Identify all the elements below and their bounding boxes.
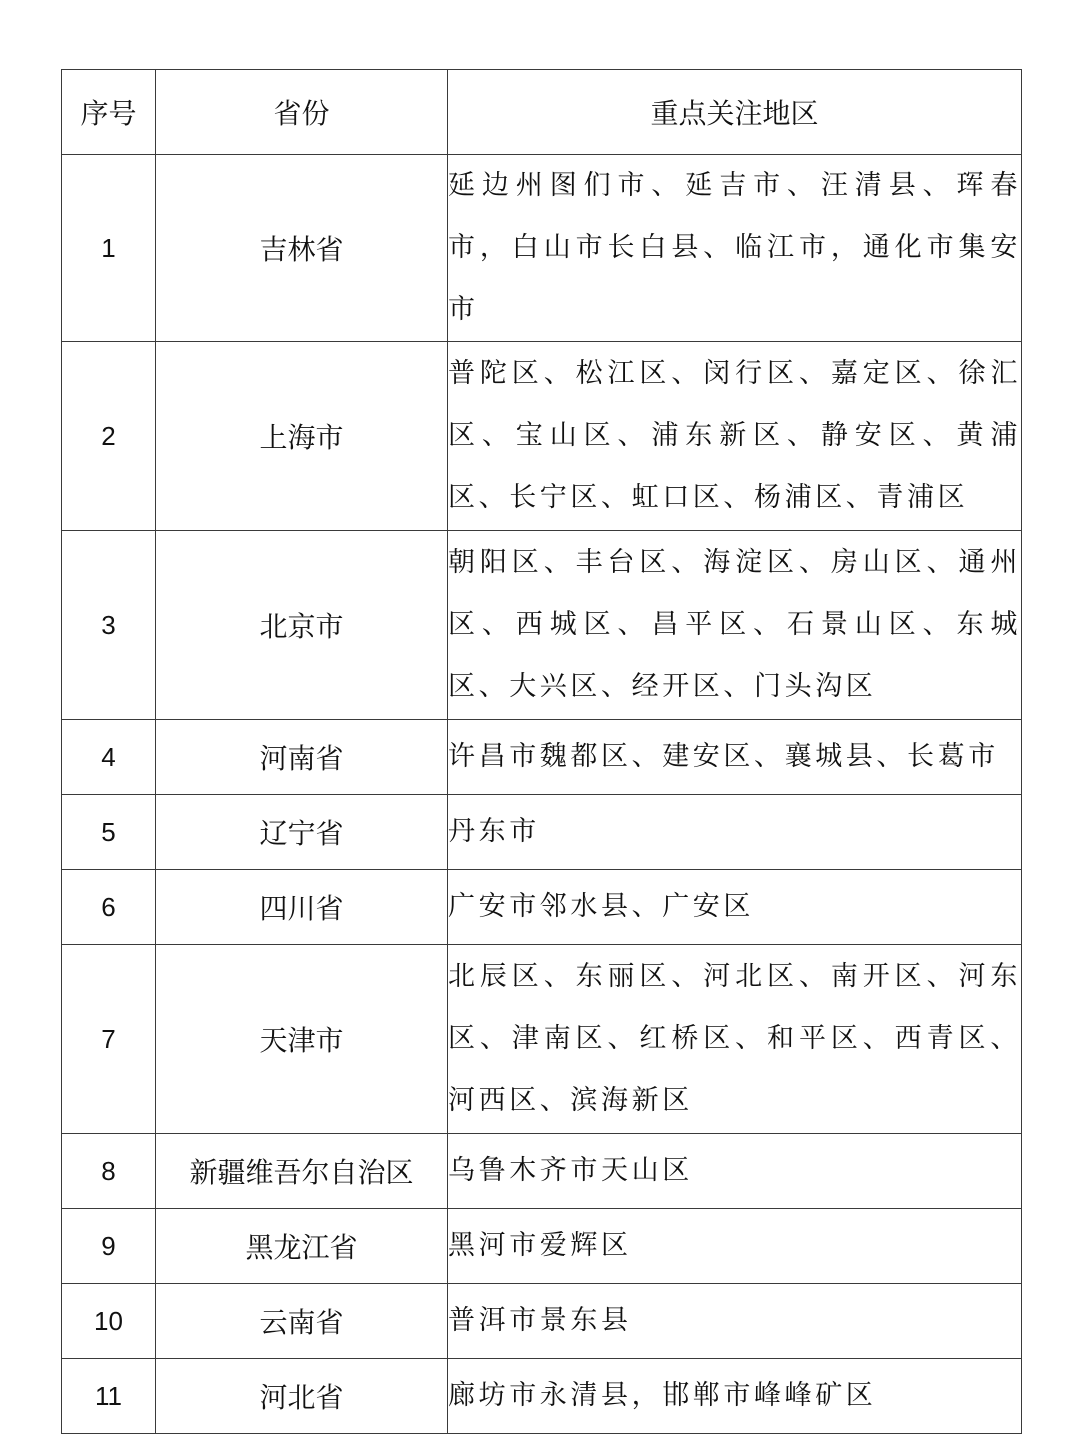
table-row: 8 新疆维吾尔自治区 乌鲁木齐市天山区: [62, 1134, 1022, 1209]
row-index: 1: [62, 155, 156, 342]
row-areas: 乌鲁木齐市天山区: [448, 1134, 1022, 1209]
row-province: 黑龙江省: [156, 1209, 448, 1284]
row-index: 9: [62, 1209, 156, 1284]
row-areas: 廊坊市永清县，邯郸市峰峰矿区: [448, 1359, 1022, 1434]
row-areas: 普洱市景东县: [448, 1284, 1022, 1359]
row-index: 2: [62, 342, 156, 531]
row-index: 11: [62, 1359, 156, 1434]
table-row: 6 四川省 广安市邻水县、广安区: [62, 870, 1022, 945]
header-row: 序号 省份 重点关注地区: [62, 70, 1022, 155]
row-index: 3: [62, 531, 156, 720]
row-index: 4: [62, 720, 156, 795]
row-province: 北京市: [156, 531, 448, 720]
row-index: 8: [62, 1134, 156, 1209]
header-index: 序号: [62, 70, 156, 155]
row-index: 10: [62, 1284, 156, 1359]
row-areas: 许昌市魏都区、建安区、襄城县、长葛市: [448, 720, 1022, 795]
table-row: 11 河北省 廊坊市永清县，邯郸市峰峰矿区: [62, 1359, 1022, 1434]
row-province: 四川省: [156, 870, 448, 945]
row-province: 新疆维吾尔自治区: [156, 1134, 448, 1209]
table-row: 3 北京市 朝阳区、丰台区、海淀区、房山区、通州区、西城区、昌平区、石景山区、东…: [62, 531, 1022, 720]
row-areas: 朝阳区、丰台区、海淀区、房山区、通州区、西城区、昌平区、石景山区、东城区、大兴区…: [448, 531, 1022, 720]
focus-areas-table: 序号 省份 重点关注地区 1 吉林省 延边州图们市、延吉市、汪清县、珲春市，白山…: [61, 69, 1022, 1434]
row-province: 辽宁省: [156, 795, 448, 870]
row-province: 上海市: [156, 342, 448, 531]
row-areas: 广安市邻水县、广安区: [448, 870, 1022, 945]
row-index: 6: [62, 870, 156, 945]
row-province: 河南省: [156, 720, 448, 795]
row-areas: 普陀区、松江区、闵行区、嘉定区、徐汇区、宝山区、浦东新区、静安区、黄浦区、长宁区…: [448, 342, 1022, 531]
row-index: 5: [62, 795, 156, 870]
table-row: 4 河南省 许昌市魏都区、建安区、襄城县、长葛市: [62, 720, 1022, 795]
header-province: 省份: [156, 70, 448, 155]
row-province: 吉林省: [156, 155, 448, 342]
row-areas: 黑河市爱辉区: [448, 1209, 1022, 1284]
table-row: 2 上海市 普陀区、松江区、闵行区、嘉定区、徐汇区、宝山区、浦东新区、静安区、黄…: [62, 342, 1022, 531]
table-row: 5 辽宁省 丹东市: [62, 795, 1022, 870]
row-province: 云南省: [156, 1284, 448, 1359]
table-row: 1 吉林省 延边州图们市、延吉市、汪清县、珲春市，白山市长白县、临江市，通化市集…: [62, 155, 1022, 342]
row-areas: 丹东市: [448, 795, 1022, 870]
row-index: 7: [62, 945, 156, 1134]
row-areas: 北辰区、东丽区、河北区、南开区、河东区、津南区、红桥区、和平区、西青区、河西区、…: [448, 945, 1022, 1134]
table-row: 10 云南省 普洱市景东县: [62, 1284, 1022, 1359]
header-focus-areas: 重点关注地区: [448, 70, 1022, 155]
table-row: 7 天津市 北辰区、东丽区、河北区、南开区、河东区、津南区、红桥区、和平区、西青…: [62, 945, 1022, 1134]
row-province: 河北省: [156, 1359, 448, 1434]
row-province: 天津市: [156, 945, 448, 1134]
table-row: 9 黑龙江省 黑河市爱辉区: [62, 1209, 1022, 1284]
row-areas: 延边州图们市、延吉市、汪清县、珲春市，白山市长白县、临江市，通化市集安市: [448, 155, 1022, 342]
